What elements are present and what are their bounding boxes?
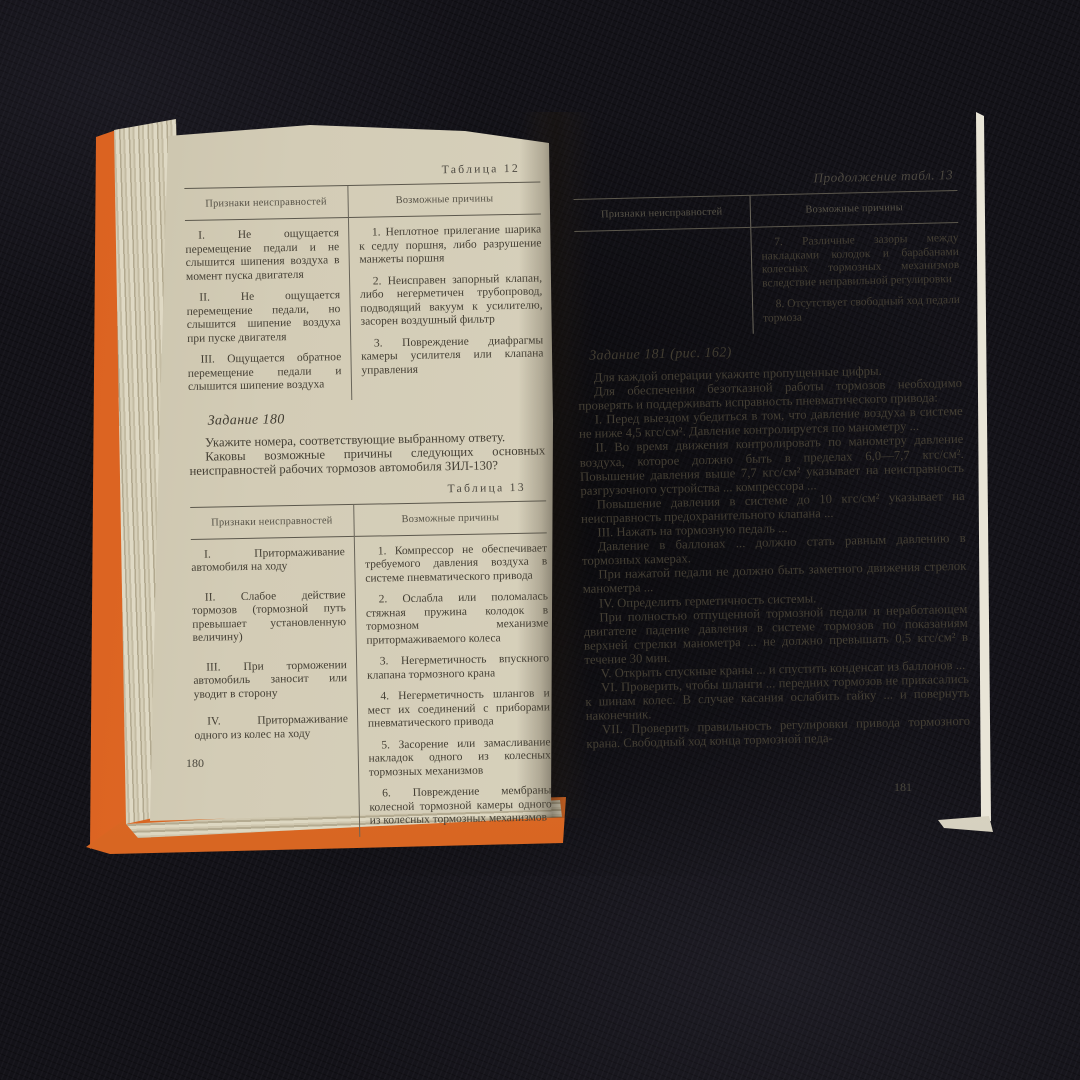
table13-header-causes: Возможные причины [354, 501, 547, 537]
task181-paragraph: II. Во время движения контролировать по … [579, 432, 964, 497]
photo-of-open-book: Таблица 12 Признаки неисправностей Возмо… [0, 0, 1080, 1080]
task180-heading: Задание 180 [207, 407, 544, 429]
table13-header-symptoms: Признаки неисправностей [190, 505, 354, 540]
table12: Признаки неисправностей Возможные причин… [184, 181, 544, 402]
table-cell-item: II. Слабое действие тормозов (тормозной … [192, 589, 347, 646]
table-cell-item: I. Не ощущается перемещение педали и не … [185, 227, 340, 284]
table13-causes-column: 1. Компрессор не обеспечивает требуемого… [355, 533, 553, 836]
table12-header-causes: Возможные причины [348, 182, 541, 218]
table-cell-item: 3. Повреждение диафрагмы камеры усилител… [361, 334, 544, 378]
table-cell-item: III. При торможении автомобиль заносит и… [193, 659, 347, 702]
table-cell-item: IV. Притормаживание одного из колес на х… [194, 713, 348, 743]
table-cell-item: 3. Негерметичность впускного клапана тор… [367, 653, 550, 683]
table-cell-item: 1. Компрессор не обеспечивает требуемого… [365, 542, 548, 586]
right-page-number: 181 [894, 780, 912, 795]
table13: Признаки неисправностей Возможные причин… [190, 500, 552, 839]
table-cell-item: 4. Негерметичность шлангов и мест их сое… [367, 688, 550, 732]
table13-continuation: Признаки неисправностей Возможные причин… [574, 190, 961, 338]
table-cell-item: 8. Отсутствует свободный ход педали торм… [763, 294, 961, 326]
table-cell-item: 5. Засорение или замасливание накладок о… [368, 736, 551, 780]
table13cont-causes-column: 7. Различные зазоры между накладками кол… [751, 223, 961, 334]
table-cell-item: 7. Различные зазоры между накладками кол… [761, 232, 960, 291]
left-page-content: Таблица 12 Признаки неисправностей Возмо… [184, 161, 552, 839]
table-cell-item: 6. Повреждение мембраны колесной тормозн… [369, 785, 552, 829]
task181-paragraph: При полностью отпущенной тормозной педал… [583, 601, 968, 666]
right-page-content: Продолжение табл. 13 Признаки неисправно… [573, 167, 970, 751]
table13-symptoms-column: I. Притормаживание автомобиля на ходу II… [191, 537, 360, 840]
table13cont-header-symptoms: Признаки неисправностей [574, 196, 751, 232]
table-cell-item: 2. Неисправен запорный клапан, либо неге… [360, 272, 543, 329]
table-cell-item: I. Притормаживание автомобиля на ходу [191, 546, 345, 576]
table-cell-item: II. Не ощущается перемещение педали, но … [186, 289, 341, 346]
task181-heading: Задание 181 (рис. 162) [589, 340, 961, 365]
table-cell-item: 1. Неплотное прилегание шарика к седлу п… [359, 223, 542, 267]
table13cont-header-causes: Возможные причины [750, 191, 958, 228]
table-cell-item: III. Ощущается обратное перемещение педа… [187, 351, 341, 394]
table-cell-item: 2. Ослабла или поломалась стяжная пружин… [366, 591, 549, 648]
task180-paragraph: Каковы возможные причины следующих основ… [189, 443, 545, 478]
table12-causes-column: 1. Неплотное прилегание шарика к седлу п… [349, 214, 545, 399]
table12-symptoms-column: I. Не ощущается перемещение педали и не … [185, 218, 352, 402]
left-page-number: 180 [186, 756, 204, 771]
table13-caption: Таблица 13 [190, 480, 546, 500]
table13cont-symptoms-column [574, 228, 753, 338]
table12-header-symptoms: Признаки неисправностей [184, 186, 348, 221]
